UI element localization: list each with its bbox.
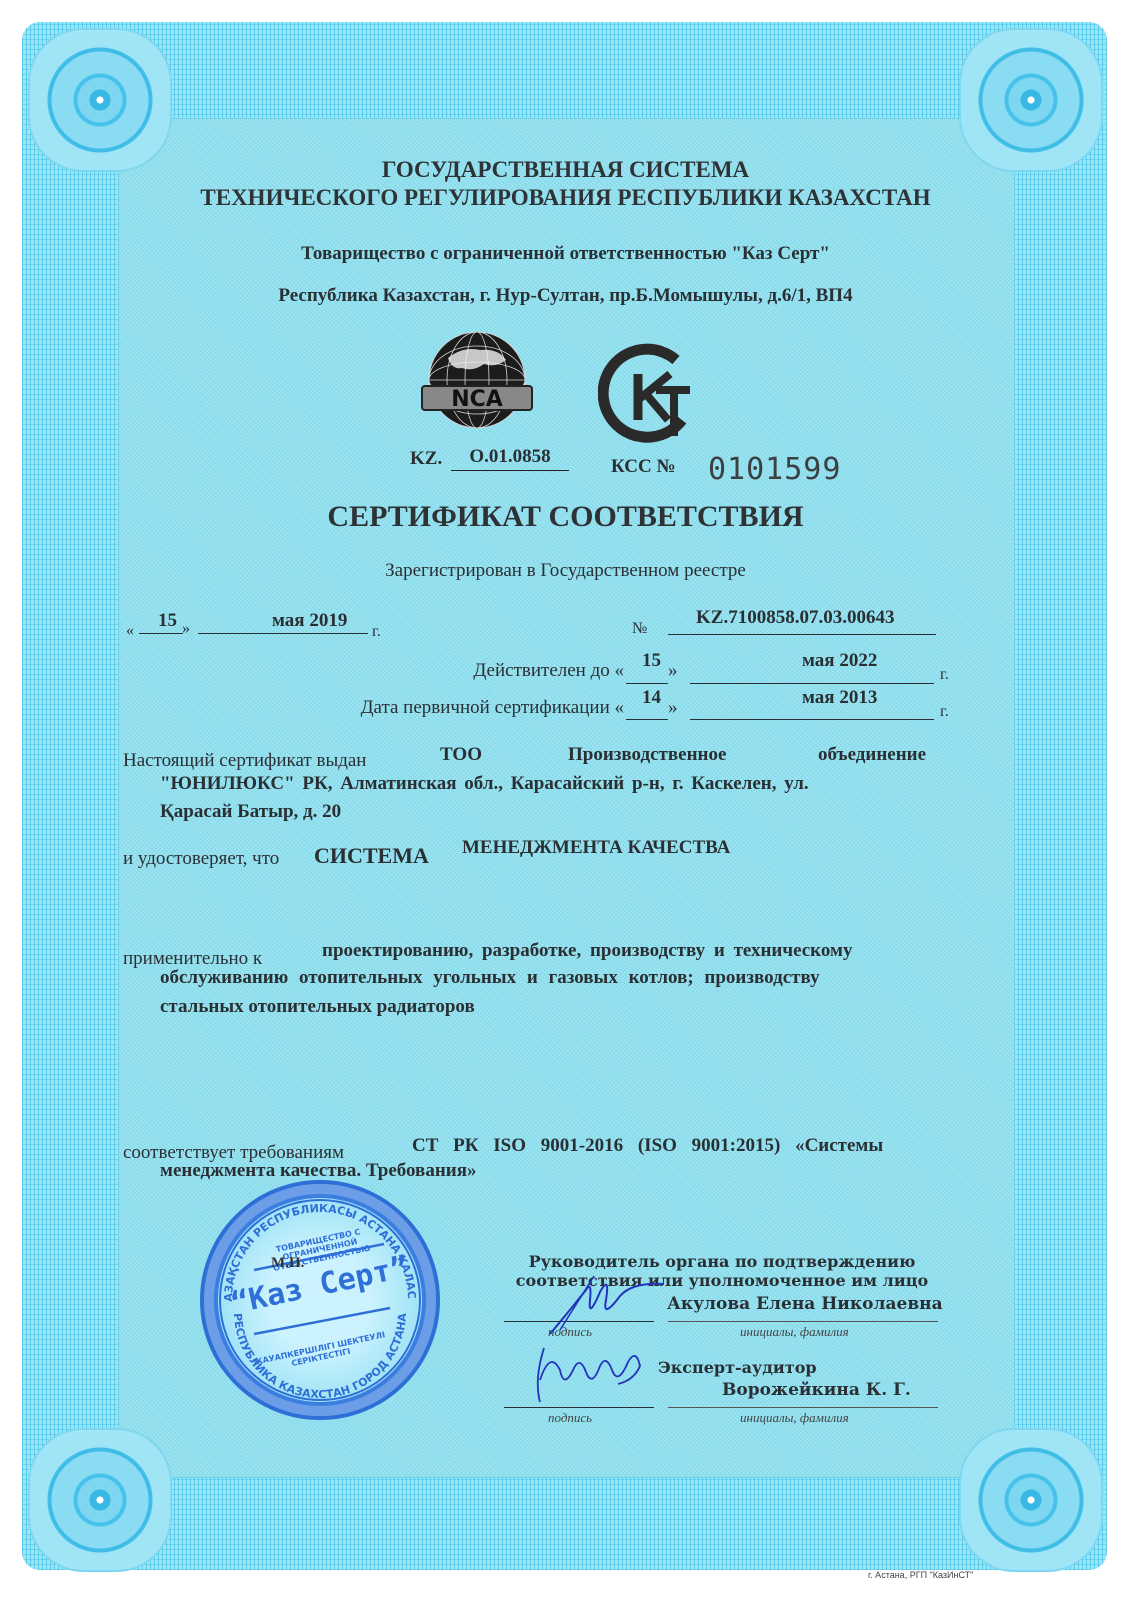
close-quote: » <box>668 697 678 719</box>
first-certification-label: Дата первичной сертификации « <box>300 697 624 719</box>
open-quote: « <box>126 622 134 640</box>
corner-rosette-icon <box>30 1430 170 1570</box>
printer-imprint: г. Астана, РГП "КазИнСТ" <box>868 1570 973 1580</box>
name-caption: инициалы, фамилия <box>740 1324 849 1340</box>
kt-conformity-mark-icon <box>598 338 706 446</box>
corner-rosette-icon <box>30 30 170 170</box>
issued-to-word: Производственное <box>568 744 726 766</box>
signatory-title-line: Руководитель органа по подтверждению <box>512 1252 932 1271</box>
header-line-2: ТЕХНИЧЕСКОГО РЕГУЛИРОВАНИЯ РЕСПУБЛИКИ КА… <box>0 184 1131 212</box>
head-signature-icon <box>540 1270 670 1340</box>
year-suffix: г. <box>372 623 381 641</box>
underline <box>139 633 183 634</box>
svg-text:NCA: NCA <box>451 387 503 412</box>
close-quote: » <box>182 620 190 638</box>
underline <box>668 634 936 635</box>
name-line <box>668 1321 938 1322</box>
underline <box>626 683 668 684</box>
kz-label: KZ. <box>410 448 442 470</box>
registered-label: Зарегистрирован в Государственном реестр… <box>0 560 1131 582</box>
blank-serial-number: 0101599 <box>708 452 841 487</box>
registration-day: 15 <box>158 610 177 632</box>
underline <box>198 633 368 634</box>
underline <box>690 719 934 720</box>
expert-signature-icon <box>530 1340 650 1410</box>
valid-until-label: Действителен до « <box>412 660 624 682</box>
registration-month-year: мая 2019 <box>272 610 347 632</box>
kss-label: КСС № <box>611 456 676 478</box>
certificate-title: СЕРТИФИКАТ СООТВЕТСТВИЯ <box>0 500 1131 534</box>
accreditation-number: O.01.0858 <box>451 446 569 471</box>
valid-until-day: 15 <box>642 650 661 672</box>
underline <box>626 719 668 720</box>
expert-signer-name: Ворожейкина К. Г. <box>722 1380 911 1400</box>
standard-reference: менеджмента качества. Требования» <box>160 1160 477 1182</box>
issued-to-word: ТОО <box>440 744 482 766</box>
organization-address: Республика Казахстан, г. Нур-Султан, пр.… <box>0 285 1131 307</box>
corner-rosette-icon <box>961 1430 1101 1570</box>
header-title: ГОСУДАРСТВЕННАЯ СИСТЕМА ТЕХНИЧЕСКОГО РЕГ… <box>0 156 1131 212</box>
scope-line: обслуживанию отопительных угольных и газ… <box>160 967 820 989</box>
scope-line: стальных отопительных радиаторов <box>160 996 475 1018</box>
corner-rosette-icon <box>961 30 1101 170</box>
nca-globe-logo-icon: NCA <box>418 328 536 436</box>
first-certification-month-year: мая 2013 <box>802 687 877 709</box>
year-suffix: г. <box>940 703 949 721</box>
issued-to-address-line: "ЮНИЛЮКС" РК, Алматинская обл., Карасайс… <box>160 770 954 797</box>
name-line <box>668 1407 938 1408</box>
header-line-1: ГОСУДАРСТВЕННАЯ СИСТЕМА <box>0 156 1131 184</box>
first-certification-day: 14 <box>642 687 661 709</box>
certifies-label: и удостоверяет, что <box>123 848 279 870</box>
scope-line: проектированию, разработке, производству… <box>322 940 852 962</box>
head-signer-name: Акулова Елена Николаевна <box>667 1294 943 1314</box>
system-word: СИСТЕМА <box>314 843 429 869</box>
issuing-organization: Товарищество с ограниченной ответственно… <box>0 243 1131 265</box>
valid-until-month-year: мая 2022 <box>802 650 877 672</box>
seal-place-label: М.П. <box>271 1255 304 1272</box>
close-quote: » <box>668 660 678 682</box>
expert-auditor-label: Эксперт-аудитор <box>658 1358 817 1377</box>
system-type: МЕНЕДЖМЕНТА КАЧЕСТВА <box>462 837 730 859</box>
number-label: № <box>632 620 647 638</box>
underline <box>690 683 934 684</box>
issued-to-word: объединение <box>818 744 926 766</box>
registration-number: KZ.7100858.07.03.00643 <box>696 607 894 629</box>
name-caption: инициалы, фамилия <box>740 1410 849 1426</box>
standard-reference: СТ РК ISO 9001-2016 (ISO 9001:2015) «Сис… <box>412 1135 883 1157</box>
year-suffix: г. <box>940 666 949 684</box>
official-seal: ҚАЗАҚСТАН РЕСПУБЛИКАСЫ АСТАНА ҚАЛАСЫ РЕС… <box>200 1180 440 1420</box>
issued-to-label: Настоящий сертификат выдан <box>123 750 366 772</box>
issued-to-address-line: Қарасай Батыр, д. 20 <box>160 801 341 823</box>
signature-caption: подпись <box>548 1410 592 1426</box>
